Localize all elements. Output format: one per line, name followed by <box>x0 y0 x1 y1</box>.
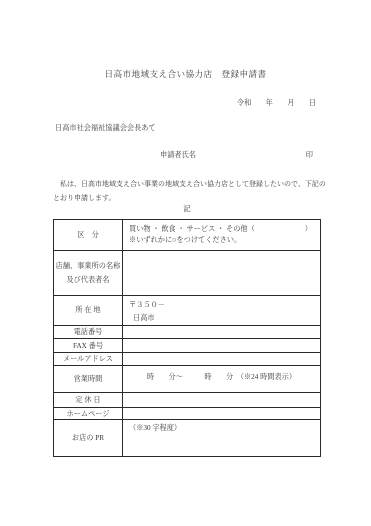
division-options-line: 買い物 ・ 飲食 ・ サービス ・ その他（ ） <box>129 224 314 236</box>
holiday-value-cell <box>123 393 321 408</box>
phone-label: 電話番号 <box>54 326 123 339</box>
body-paragraph: 私は、日高市地域支え合い事業の地域支え合い協力店として登録したいので、下記のとお… <box>53 177 326 205</box>
registration-form-table: 区 分 買い物 ・ 飲食 ・ サービス ・ その他（ ） ※いずれかに○をつけて… <box>53 219 321 457</box>
applicant-name-label: 申請者氏名 <box>160 150 196 160</box>
application-form-document: 日高市地域支え合い協力店 登録申請書 令和 年 月 日 日高市社会福祉協議会会長… <box>0 0 371 526</box>
row-address: 所 在 地 〒３５０－ 日高市 <box>54 296 321 326</box>
website-label: ホームページ <box>54 408 123 420</box>
fax-label: FAX 番号 <box>54 339 123 353</box>
row-fax: FAX 番号 <box>54 339 321 353</box>
shop-name-label: 店舗、事業所の名称 及び代表者名 <box>54 251 123 296</box>
row-shop-name: 店舗、事業所の名称 及び代表者名 <box>54 251 321 296</box>
seal-mark-label: 印 <box>306 150 313 160</box>
shop-pr-value-cell: （※30 字程度） <box>123 420 321 457</box>
business-hours-label: 営業時間 <box>54 366 123 393</box>
row-website: ホームページ <box>54 408 321 420</box>
phone-value-cell <box>123 326 321 339</box>
email-value-cell <box>123 353 321 366</box>
addressee-line: 日高市社会福祉協議会会長あて <box>55 123 156 133</box>
row-division: 区 分 買い物 ・ 飲食 ・ サービス ・ その他（ ） ※いずれかに○をつけて… <box>54 220 321 251</box>
applicant-line: 申請者氏名 印 <box>53 150 321 160</box>
division-options: 買い物 ・ 飲食 ・ サービス ・ その他（ <box>129 224 255 236</box>
address-value-cell: 〒３５０－ 日高市 <box>123 296 321 326</box>
division-note: ※いずれかに○をつけてください。 <box>129 235 314 247</box>
shop-name-value-cell <box>123 251 321 296</box>
shop-pr-label: お店の PR <box>54 420 123 457</box>
holiday-label: 定 休 日 <box>54 393 123 408</box>
division-label: 区 分 <box>54 220 123 251</box>
era-date-line: 令和 年 月 日 <box>53 98 321 108</box>
address-postal-prefix: 〒３５０－ <box>129 299 314 312</box>
division-value-cell: 買い物 ・ 飲食 ・ サービス ・ その他（ ） ※いずれかに○をつけてください… <box>123 220 321 251</box>
email-label: メールアドレス <box>54 353 123 366</box>
address-city: 日高市 <box>129 312 314 325</box>
business-hours-value-cell: 時 分～ 時 分 （※24 時間表示） <box>123 366 321 393</box>
shop-name-label-line2: 及び代表者名 <box>55 273 121 287</box>
row-phone: 電話番号 <box>54 326 321 339</box>
fax-value-cell <box>123 339 321 353</box>
row-business-hours: 営業時間 時 分～ 時 分 （※24 時間表示） <box>54 366 321 393</box>
row-email: メールアドレス <box>54 353 321 366</box>
document-title: 日高市地域支え合い協力店 登録申請書 <box>0 68 371 80</box>
row-holiday: 定 休 日 <box>54 393 321 408</box>
row-shop-pr: お店の PR （※30 字程度） <box>54 420 321 457</box>
list-marker: 記 <box>53 203 321 214</box>
shop-name-label-line1: 店舗、事業所の名称 <box>55 259 121 273</box>
website-value-cell <box>123 408 321 420</box>
shop-pr-note: （※30 字程度） <box>129 423 314 433</box>
address-label: 所 在 地 <box>54 296 123 326</box>
division-close-paren: ） <box>305 224 312 236</box>
